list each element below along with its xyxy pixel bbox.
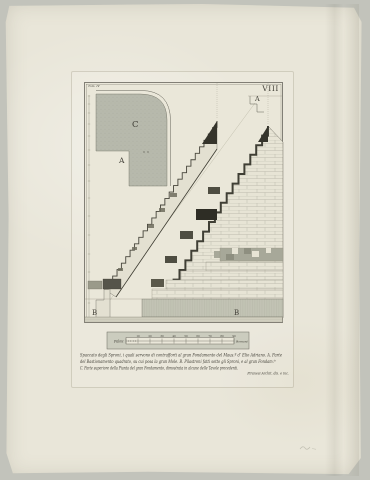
pencil-smudge <box>300 447 316 450</box>
scale-tick-label-3: 40 <box>172 334 176 338</box>
scale-tick-label-6: 70 <box>208 334 212 338</box>
label-plan-c: C <box>132 120 139 130</box>
volume-mark: Tom. IV <box>88 84 101 88</box>
photograph-background: Tom. IV VIII C A A <box>0 0 370 480</box>
scale-tick-label-8: 90 <box>232 334 236 338</box>
scale-bar: Palmi 10 20 30 40 50 60 70 80 90 Romani <box>107 332 249 349</box>
label-base-b-left: B <box>92 309 97 317</box>
scale-tick-label-5: 60 <box>196 334 200 338</box>
label-base-b-right: B <box>234 309 239 317</box>
scale-tick-label-2: 30 <box>160 334 164 338</box>
scale-tick-label-4: 50 <box>184 334 188 338</box>
label-key-a-top: A <box>254 95 260 103</box>
artist-signature: Piranesi Archit. dis. e inc. <box>246 372 289 376</box>
scale-tick-label-7: 80 <box>220 334 224 338</box>
label-plan-a: A <box>118 156 125 165</box>
caption-line-3: C. Parte superiore della Pianta del gran… <box>80 366 238 372</box>
caption-line-2: del Bastionamento quadrato, su cui posa … <box>80 359 276 365</box>
scale-tick-label-1: 20 <box>148 334 152 338</box>
wall-shaded-band <box>214 248 283 261</box>
etching: Tom. IV VIII C A A <box>0 0 370 480</box>
scale-left-label: Palmi <box>113 340 124 344</box>
caption: Spaccato degli Sproni, i quali servono d… <box>80 353 289 376</box>
scale-right-label: Romani <box>235 340 248 344</box>
plate-number: VIII <box>261 84 279 93</box>
scale-tick-label-0: 10 <box>136 334 140 338</box>
caption-line-1: Spaccato degli Sproni, i quali servono d… <box>80 353 282 359</box>
